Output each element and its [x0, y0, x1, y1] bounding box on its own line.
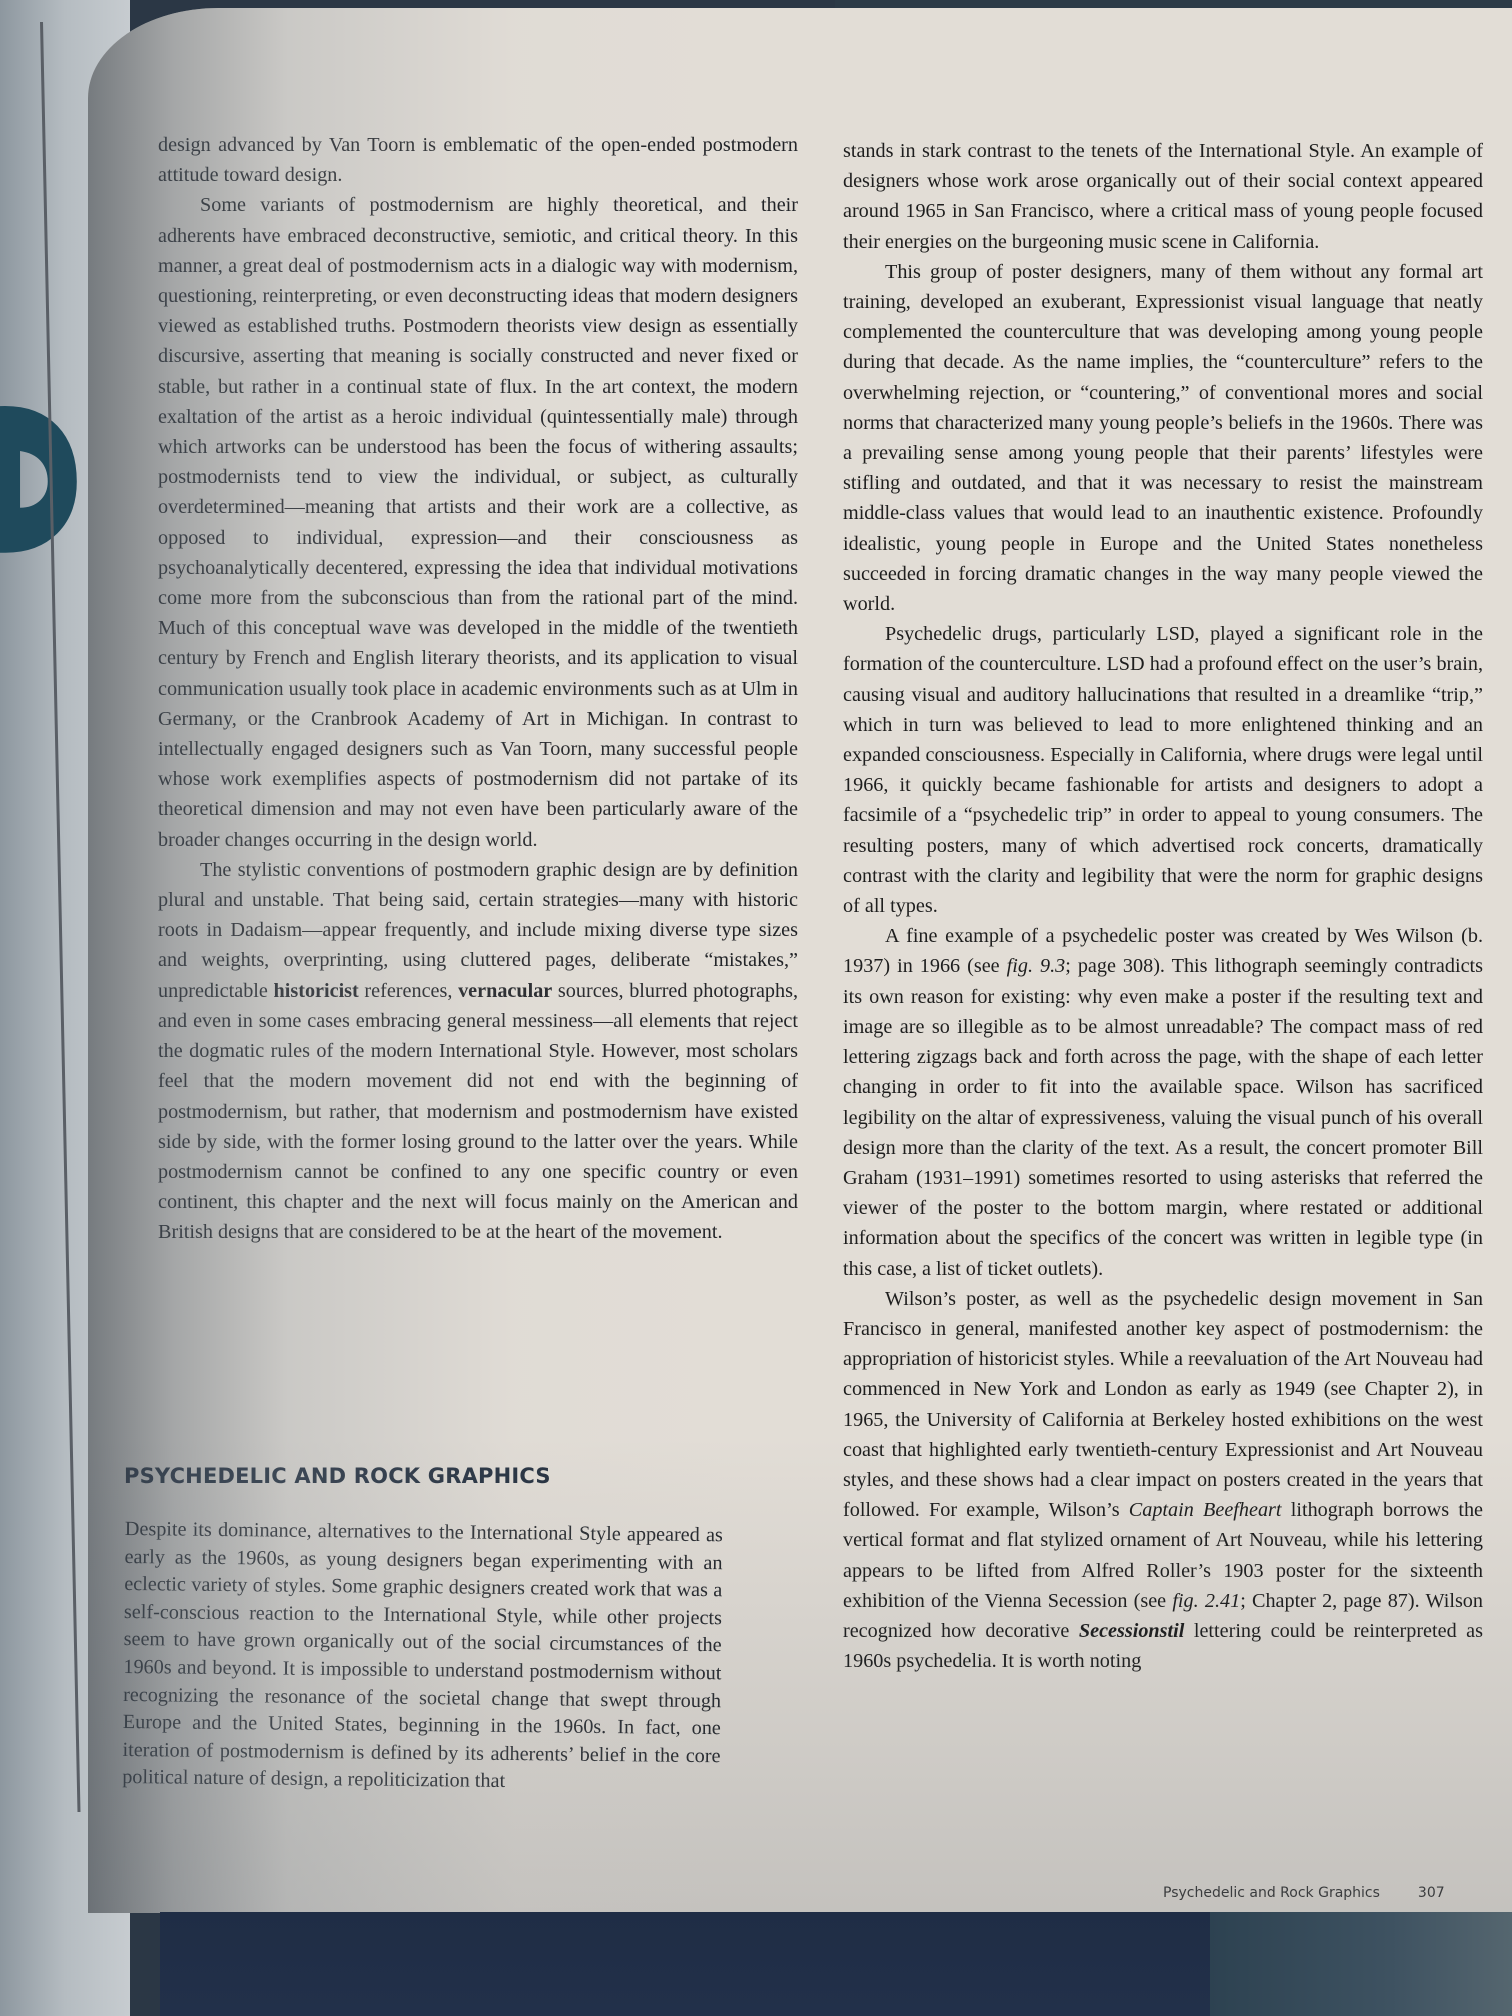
backdrop-top [835, 0, 1512, 8]
paragraph: This group of poster designers, many of … [843, 257, 1483, 619]
text-run: references, [359, 980, 458, 1002]
italic-reference: fig. 9.3 [1007, 955, 1066, 977]
text-run: Psychedelic drugs, particularly LSD, pla… [843, 623, 1483, 917]
paragraph: Wilson’s poster, as well as the psychede… [843, 1284, 1483, 1677]
section-heading: PSYCHEDELIC AND ROCK GRAPHICS [124, 1464, 551, 1488]
italic-reference: fig. 2.41 [1172, 1590, 1240, 1612]
paragraph: design advanced by Van Toorn is emblemat… [158, 130, 798, 190]
text-run: stands in stark contrast to the tenets o… [843, 140, 1483, 253]
book-page: design advanced by Van Toorn is emblemat… [88, 8, 1512, 1913]
facing-page-rule [40, 22, 80, 1812]
paragraph: A fine example of a psychedelic poster w… [843, 921, 1483, 1283]
page-number: 307 [1418, 1885, 1445, 1901]
paragraph: stands in stark contrast to the tenets o… [843, 136, 1483, 257]
left-column-text: design advanced by Van Toorn is emblemat… [158, 130, 798, 1248]
paragraph: Some variants of postmodernism are highl… [158, 190, 798, 854]
paragraph: The stylistic conventions of postmodern … [158, 855, 798, 1248]
running-footer: Psychedelic and Rock Graphics 307 [1163, 1885, 1445, 1901]
right-column-text: stands in stark contrast to the tenets o… [843, 136, 1483, 1676]
text-run: sources, blurred photographs, and even i… [158, 980, 798, 1244]
text-run: Wilson’s poster, as well as the psychede… [843, 1288, 1483, 1521]
glossary-term: historicist [274, 980, 359, 1002]
paragraph: Despite its dominance, alternatives to t… [122, 1516, 723, 1798]
running-title: Psychedelic and Rock Graphics [1163, 1885, 1380, 1901]
text-run: This group of poster designers, many of … [843, 261, 1483, 615]
emphasized-term: Secessionstil [1079, 1620, 1184, 1642]
text-run: ; page 308). This lithograph seemingly c… [843, 955, 1483, 1279]
text-run: design advanced by Van Toorn is emblemat… [158, 134, 798, 186]
paragraph: Psychedelic drugs, particularly LSD, pla… [843, 619, 1483, 921]
background-below-page-right [1210, 1912, 1512, 2016]
glossary-term: vernacular [458, 980, 552, 1002]
italic-reference: Captain Beefheart [1129, 1499, 1282, 1521]
section-body-text: Despite its dominance, alternatives to t… [122, 1516, 723, 1798]
text-run: Some variants of postmodernism are highl… [158, 194, 798, 850]
text-run: Despite its dominance, alternatives to t… [122, 1518, 723, 1792]
